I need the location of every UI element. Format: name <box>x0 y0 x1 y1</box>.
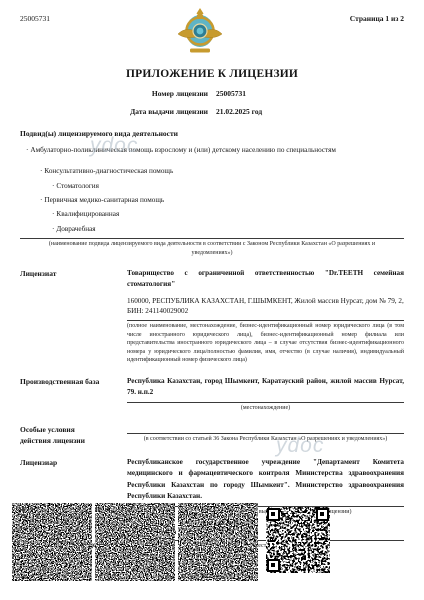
subtypes-caption: (наименование подвида лицензируемого вид… <box>43 240 381 257</box>
licensee-caption: (полное наименование, местонахождение, б… <box>127 322 404 365</box>
licensee-name: Товарищество с ограниченной ответственно… <box>127 268 404 290</box>
subtypes-heading: Подвид(ы) лицензируемого вида деятельнос… <box>20 129 404 138</box>
divider <box>127 433 404 434</box>
page-header: 25005731 Страница 1 из 2 <box>20 8 404 58</box>
issue-date-label: Дата выдачи лицензии <box>20 107 212 116</box>
licensor-value: Республиканское государственное учрежден… <box>127 457 404 502</box>
production-base-row: Производственная база Республика Казахст… <box>20 376 404 413</box>
signature-barcode <box>12 503 92 581</box>
signature-barcode <box>178 503 258 581</box>
page-indicator: Страница 1 из 2 <box>350 8 404 23</box>
document-title: ПРИЛОЖЕНИЕ К ЛИЦЕНЗИИ <box>20 68 404 80</box>
special-conditions-caption: (в соответствии со статьей 36 Закона Рес… <box>127 435 404 444</box>
qr-finder-pattern <box>267 559 280 572</box>
issue-date-row: Дата выдачи лицензии 21.02.2025 год <box>20 107 404 116</box>
license-number-row: Номер лицензии 25005731 <box>20 89 404 98</box>
production-base-label: Производственная база <box>20 376 127 413</box>
licensee-address: 160000, РЕСПУБЛИКА КАЗАХСТАН, Г.ШЫМКЕНТ,… <box>127 296 404 317</box>
licensee-label: Лицензиат <box>20 268 127 365</box>
special-conditions-label: действия лицензии <box>20 435 119 446</box>
divider <box>20 238 404 239</box>
subtype-item: Доврачебная <box>52 225 404 234</box>
qr-code <box>266 507 330 573</box>
subtype-item: Амбулаторно-поликлиническая помощь взрос… <box>26 146 404 155</box>
production-base-value: Республика Казахстан, город Шымкент, Кар… <box>127 376 404 398</box>
subtype-item: Консультативно-диагностическая помощь <box>40 167 404 176</box>
licensee-row: Лицензиат Товарищество с ограниченной от… <box>20 268 404 365</box>
divider <box>127 402 404 403</box>
special-conditions-row: Особые условия действия лицензии (в соот… <box>20 424 404 447</box>
divider <box>127 320 404 321</box>
special-conditions-label: Особые условия <box>20 424 119 435</box>
issue-date-value: 21.02.2025 год <box>212 107 404 116</box>
signature-barcode-strip <box>12 503 258 581</box>
signature-barcode <box>95 503 175 581</box>
activity-subtypes-section: Подвид(ы) лицензируемого вида деятельнос… <box>20 129 404 257</box>
subtype-item: Стоматология <box>52 182 404 191</box>
license-number-label: Номер лицензии <box>20 89 212 98</box>
qr-finder-pattern <box>316 508 329 521</box>
license-number-value: 25005731 <box>212 89 404 98</box>
subtype-item: Квалифицированная <box>52 210 404 219</box>
subtype-item: Первичная медико-санитарная помощь <box>40 196 404 205</box>
license-annex-page: 25005731 Страница 1 из 2 ПРИЛОЖЕНИЕ К ЛИ… <box>0 0 424 600</box>
production-base-caption: (местонахождение) <box>127 404 404 413</box>
document-number: 25005731 <box>20 8 50 23</box>
qr-finder-pattern <box>267 508 280 521</box>
kazakhstan-emblem-icon <box>177 6 223 54</box>
